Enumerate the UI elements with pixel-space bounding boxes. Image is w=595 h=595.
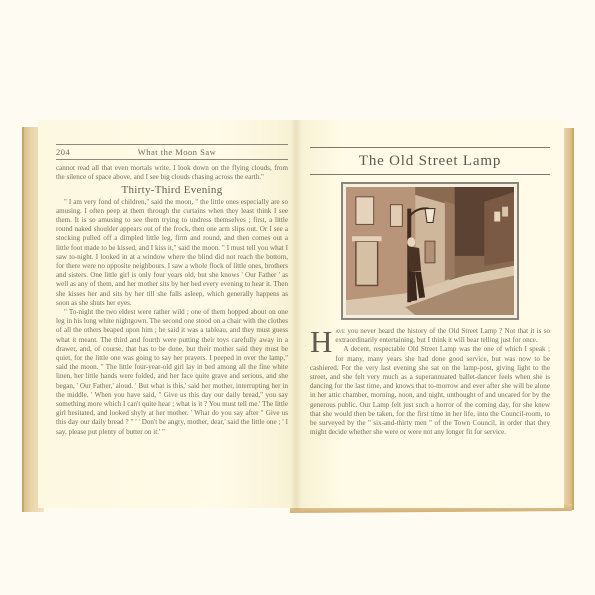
street-lamp-illustration: [341, 182, 519, 320]
paragraph: " To-night the two eldest were rather wi…: [56, 308, 288, 437]
page-number: 204: [56, 147, 106, 157]
book-spine-gutter: [290, 120, 302, 510]
opening-smallcaps: ave: [335, 327, 345, 335]
running-title: What the Moon Saw: [106, 147, 288, 157]
open-book: 204 What the Moon Saw cannot read all th…: [0, 0, 595, 595]
opening-paragraph: Have you never heard the history of the …: [310, 327, 550, 345]
running-head: 204 What the Moon Saw: [56, 144, 288, 160]
section-title: Thirty-Third Evening: [56, 186, 288, 195]
drop-cap: H: [310, 329, 332, 355]
left-page: 204 What the Moon Saw cannot read all th…: [38, 120, 296, 508]
paragraph: " I am very fond of children," said the …: [56, 198, 288, 308]
right-page-body: Have you never heard the history of the …: [310, 327, 550, 437]
continuation-paragraph: cannot read all that even mortals write.…: [56, 164, 288, 182]
paragraph: A decent, respectable Old Street Lamp wa…: [310, 345, 550, 437]
left-page-body: cannot read all that even mortals write.…: [56, 164, 288, 437]
engraving-image: [346, 187, 514, 315]
opening-text: you never heard the history of the Old S…: [335, 327, 550, 344]
chapter-title: The Old Street Lamp: [310, 147, 550, 175]
right-page: The Old Street Lamp: [296, 120, 564, 508]
